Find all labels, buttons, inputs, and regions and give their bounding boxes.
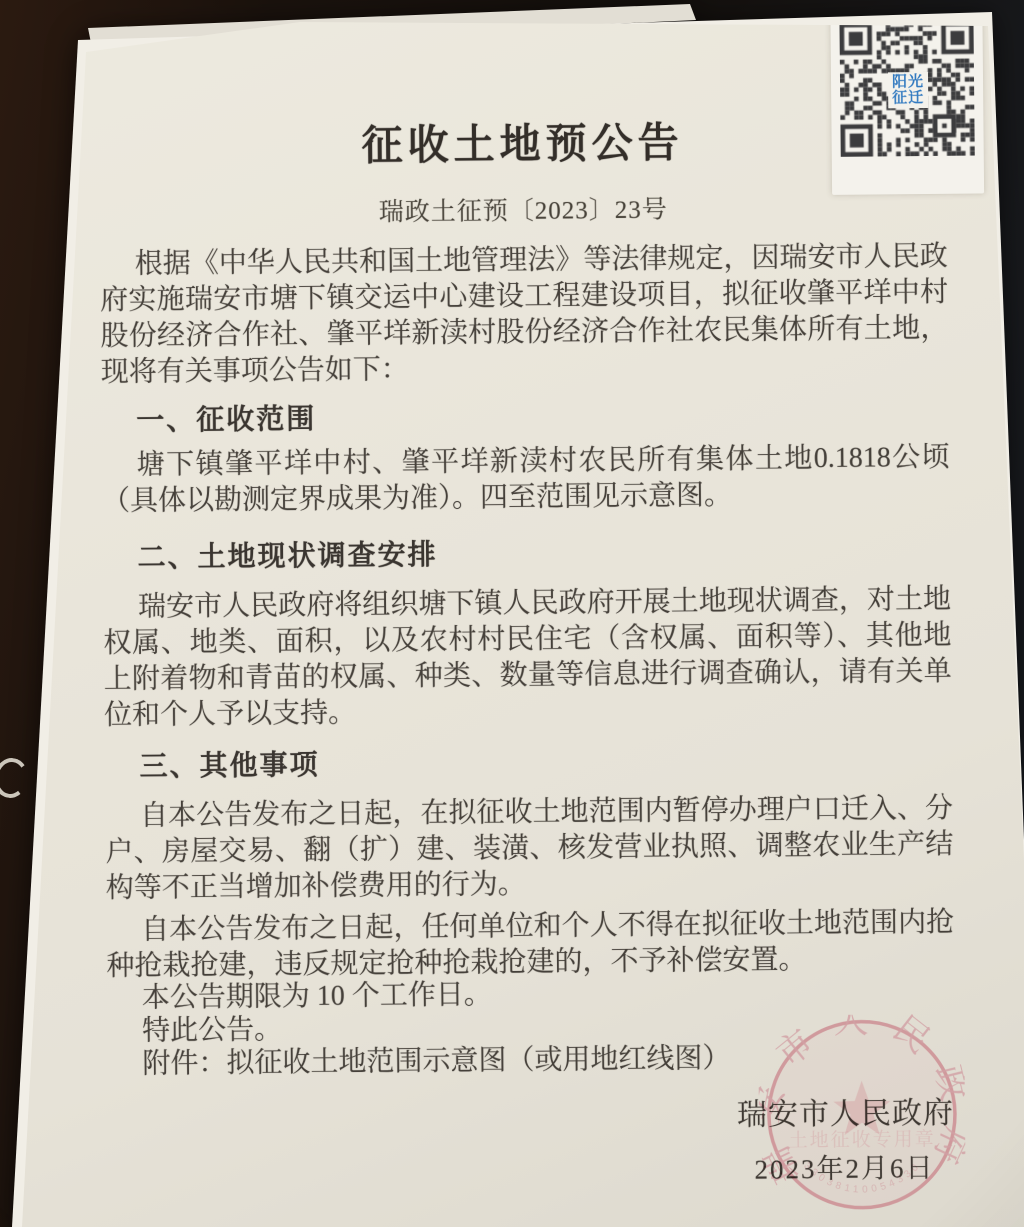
section-3-paragraph-1: 自本公告发布之日起，在拟征收土地范围内暂停办理户口迁入、分户、房屋交易、翻（扩）… (105, 791, 954, 907)
document-page: 征收土地预公告 瑞政土征预〔2023〕23号 根据《中华人民共和国土地管理法》等… (0, 0, 1024, 1227)
seal-inner-text: 土地征收专用章 (789, 1128, 936, 1151)
paper-stack: 征收土地预公告 瑞政土征预〔2023〕23号 根据《中华人民共和国土地管理法》等… (0, 0, 1024, 1227)
section-2-paragraph: 瑞安市人民政府将组织塘下镇人民政府开展土地现状调查，对土地权属、地类、面积，以及… (103, 582, 952, 734)
page-tilt-wrapper: 征收土地预公告 瑞政土征预〔2023〕23号 根据《中华人民共和国土地管理法》等… (0, 0, 1024, 1227)
section-2-heading: 二、土地现状调查安排 (137, 534, 950, 576)
section-1-heading: 一、征收范围 (136, 397, 949, 439)
document-number: 瑞政土征预〔2023〕23号 (99, 192, 947, 232)
qr-logo-line-2: 征迁 (892, 90, 924, 106)
section-3-heading: 三、其他事项 (139, 743, 952, 785)
photo-background: 征收土地预公告 瑞政土征预〔2023〕23号 根据《中华人民共和国土地管理法》等… (0, 0, 1024, 1227)
official-seal: 瑞安市人民政府 土地征收专用章 33038110054330 (758, 1014, 966, 1216)
document-title: 征收土地预公告 (98, 114, 946, 174)
intro-paragraph: 根据《中华人民共和国土地管理法》等法律规定，因瑞安市人民政府实施瑞安市塘下镇交运… (100, 239, 949, 391)
qr-logo-line-1: 阳光 (892, 74, 924, 90)
photo-of-document: { "document": { "title": "征收土地预公告", "doc… (0, 0, 1024, 1227)
qr-sticker: 阳光 征迁 (830, 9, 984, 194)
section-1-paragraph: 塘下镇肇平垟中村、肇平垟新渎村农民所有集体土地0.1818公顷（具体以勘测定界成… (102, 440, 951, 520)
qr-center-logo: 阳光 征迁 (888, 72, 928, 108)
section-3-paragraph-2: 自本公告发布之日起，任何单位和个人不得在拟征收土地范围内抢种抢栽抢建，违反规定抢… (106, 905, 955, 985)
